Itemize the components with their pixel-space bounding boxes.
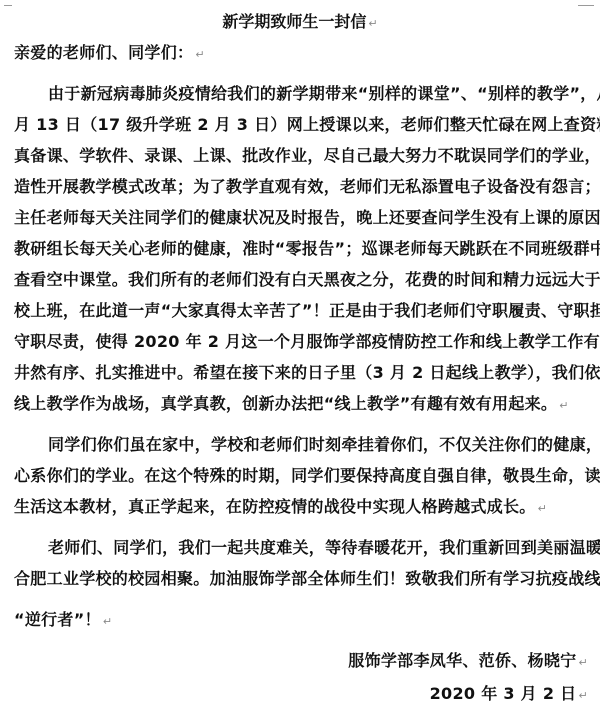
paragraph-line: 造性开展教学模式改革；为了教学直观有效，老师们无私添置电子设备没有怨言；班 [14, 177, 588, 197]
paragraph-mark-icon: ↵ [538, 502, 548, 515]
date-text: 2020 年 3 月 2 日 [430, 684, 577, 703]
paragraph-line-text: “逆行者”！ [14, 610, 101, 629]
page-corner-top-right [578, 5, 594, 6]
paragraph-line-last: 线上教学作为战场，真学真教，创新办法把“线上教学”有趣有效有用起来。↵ [14, 394, 588, 416]
title-text: 新学期致师生一封信 [222, 12, 366, 31]
paragraph-line: 主任老师每天关注同学们的健康状况及时报告，晚上还要查问学生没有上课的原因； [14, 208, 588, 228]
paragraph-line: 守职尽责，使得 2020 年 2 月这一个月服饰学部疫情防控工作和线上教学工作有… [14, 332, 588, 352]
paragraph-line: 同学们你们虽在家中，学校和老师们时刻牵挂着你们，不仅关注你们的健康，更 [14, 435, 588, 455]
paragraph-line-text: 生活这本教材，真正学起来，在防控疫情的战役中实现人格跨越式成长。 [14, 497, 536, 516]
paragraph-mark-icon: ↵ [195, 48, 205, 61]
signature: 服饰学部李凤华、范侨、杨晓宁↵ [348, 651, 588, 673]
document-title: 新学期致师生一封信↵ [0, 12, 600, 34]
paragraph-line: 心系你们的学业。在这个特殊的时期，同学们要保持高度自强自律，敬畏生命，读懂 [14, 466, 588, 486]
greeting-text: 亲爱的老师们、同学们： [14, 43, 193, 62]
paragraph-line-last: 生活这本教材，真正学起来，在防控疫情的战役中实现人格跨越式成长。↵ [14, 497, 588, 519]
paragraph-mark-icon: ↵ [368, 17, 377, 30]
paragraph-line: 真备课、学软件、录课、上课、批改作业，尽自己最大努力不耽误同学们的学业，创 [14, 146, 588, 166]
paragraph-mark-icon: ↵ [103, 615, 113, 628]
paragraph-line: 老师们、同学们，我们一起共度难关，等待春暖花开，我们重新回到美丽温暖的 [14, 538, 588, 558]
paragraph-line: 月 13 日（17 级升学班 2 月 3 日）网上授课以来，老师们整天忙碌在网上… [14, 115, 588, 135]
paragraph-mark-icon: ↵ [578, 689, 588, 702]
signature-text: 服饰学部李凤华、范侨、杨晓宁 [348, 651, 576, 670]
date: 2020 年 3 月 2 日↵ [430, 684, 588, 706]
greeting: 亲爱的老师们、同学们：↵ [14, 43, 588, 65]
paragraph-line: 合肥工业学校的校园相聚。加油服饰学部全体师生们！致敬我们所有学习抗疫战线上 [14, 569, 588, 589]
paragraph-line: 查看空中课堂。我们所有的老师们没有白天黑夜之分，花费的时间和精力远远大于到 [14, 270, 588, 290]
paragraph-mark-icon: ↵ [578, 656, 588, 669]
paragraph-mark-icon: ↵ [559, 399, 569, 412]
paragraph-line: 由于新冠病毒肺炎疫情给我们的新学期带来“别样的课堂”、“别样的教学”，从 2 [14, 84, 588, 104]
paragraph-line: 井然有序、扎实推进中。希望在接下来的日子里（3 月 2 日起线上教学），我们依然… [14, 363, 588, 383]
paragraph-line-last: “逆行者”！↵ [14, 610, 588, 632]
page-corner-top-left [4, 5, 12, 6]
paragraph-line-text: 线上教学作为战场，真学真教，创新办法把“线上教学”有趣有效有用起来。 [14, 394, 557, 413]
paragraph-line: 校上班，在此道一声“大家真得太辛苦了”！正是由于我们老师们守职履责、守职担责、 [14, 301, 588, 321]
paragraph-line: 教研组长每天关心老师的健康，准时“零报告”；巡课老师每天跳跃在不同班级群中， [14, 239, 588, 259]
